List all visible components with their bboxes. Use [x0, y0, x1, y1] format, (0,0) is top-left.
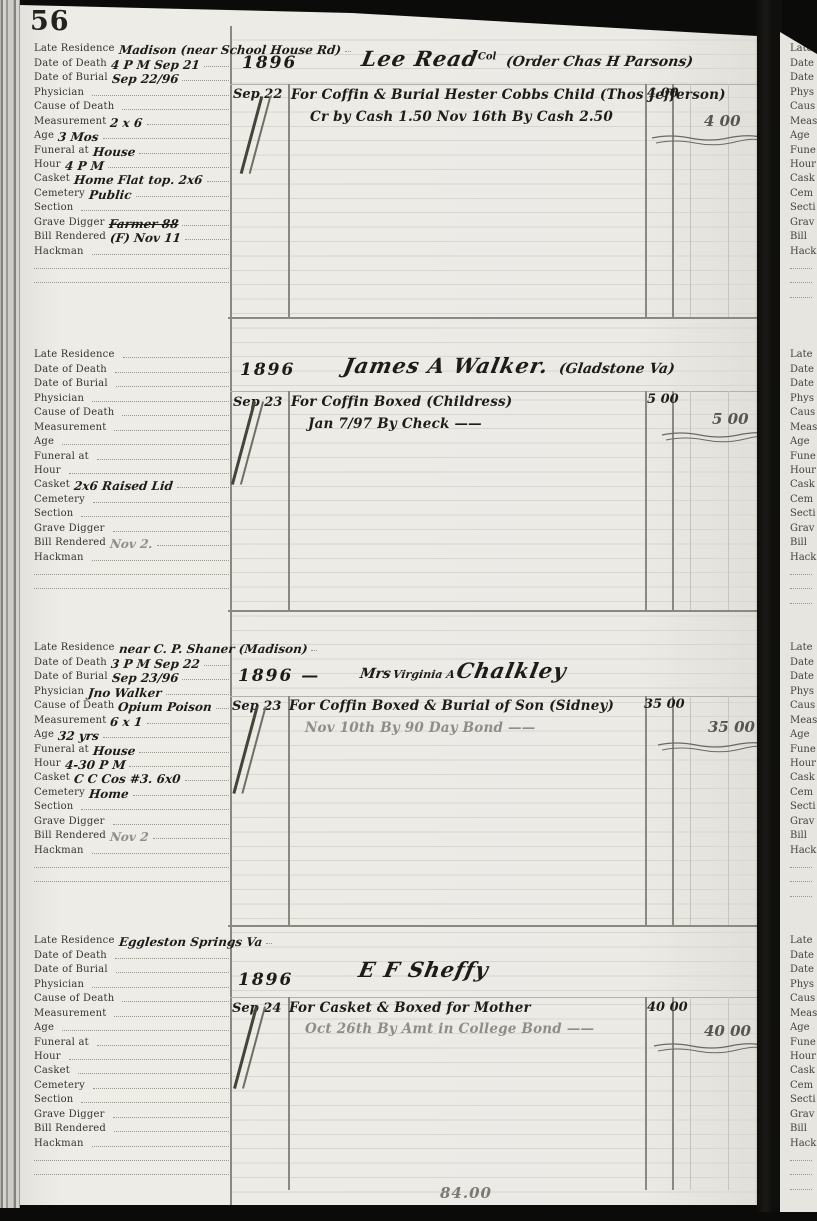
money-column-rule-faint: [690, 997, 691, 1190]
dotted-leader-line: [116, 972, 231, 973]
record-1-name-line: Lee ReadCol(Order Chas H Parsons): [358, 46, 693, 71]
money-column-rule-faint: [690, 84, 691, 317]
adjacent-page-label-truncated: Caus: [790, 101, 815, 112]
dotted-leader-line: [92, 254, 231, 255]
adjacent-page-row: Phys: [790, 682, 817, 696]
ledger-field-row: Cemetery: [34, 1076, 232, 1090]
adjacent-blank-dotted-line: [790, 856, 817, 870]
field-label: Grave Digger: [34, 1109, 105, 1120]
field-label: Date of Death: [34, 657, 107, 668]
ledger-field-row: Hour: [34, 1048, 232, 1062]
adjacent-page-row: Hour: [790, 755, 817, 769]
adjacent-page-row: Late: [790, 40, 817, 54]
ledger-field-row: Late Residence: [34, 346, 232, 360]
ledger-field-row: Funeral at: [34, 447, 232, 461]
dotted-leader-line: [34, 574, 231, 575]
field-value-handwritten: 6 x 1: [110, 717, 143, 727]
dotted-leader-line: [93, 502, 231, 503]
adjacent-page-row: Bill: [790, 1120, 817, 1134]
field-label: Physician: [34, 87, 84, 98]
field-value-handwritten: Sep 23/96: [111, 673, 179, 683]
record-3-bottom-rule: [228, 925, 757, 927]
field-label: Grave Digger: [34, 816, 105, 827]
field-label: Hour: [34, 159, 61, 170]
adjacent-page-row: Secti: [790, 199, 817, 213]
field-label: Hour: [34, 1051, 61, 1062]
adjacent-page-row: Fune: [790, 740, 817, 754]
adjacent-page-row: Hack: [790, 841, 817, 855]
date-column-rule: [288, 997, 290, 1190]
field-value-handwritten: Madison (near School House Rd): [118, 45, 341, 55]
adjacent-page-label-truncated: Cask: [790, 479, 815, 490]
record-2-bottom-rule: [228, 610, 757, 612]
dotted-leader-line: [182, 679, 231, 680]
adjacent-blank-dotted-line: [790, 577, 817, 591]
adjacent-page-row: Cem: [790, 490, 817, 504]
adjacent-page-label-truncated: Hour: [790, 758, 816, 769]
adjacent-page-label-truncated: Grav: [790, 816, 814, 827]
adjacent-page-label-truncated: Phys: [790, 686, 814, 697]
field-label: Age: [34, 1022, 54, 1033]
adjacent-page-label-truncated: Date: [790, 657, 814, 668]
field-value-handwritten: 4 P M: [64, 161, 104, 171]
dotted-leader-line: [92, 401, 231, 402]
field-label: Measurement: [34, 116, 106, 127]
ledger-field-row: Section: [34, 1091, 232, 1105]
field-value-handwritten: Home Flat top. 2x6: [73, 175, 203, 185]
adjacent-page-row: Phys: [790, 389, 817, 403]
book-page-edges: [0, 0, 20, 1208]
field-label: Physician: [34, 686, 84, 697]
field-label: Casket: [34, 772, 70, 783]
dotted-leader-line: [113, 824, 231, 825]
field-label: Late Residence: [34, 43, 115, 54]
entry-amount: 4 00: [647, 86, 679, 101]
field-label: Hackman: [34, 552, 84, 563]
field-value-handwritten: 4 P M Sep 21: [110, 60, 200, 70]
field-value-handwritten: House: [92, 147, 136, 157]
blank-dotted-line: [34, 1149, 232, 1163]
adjacent-page-label-truncated: Meas: [790, 1008, 817, 1019]
dotted-leader-line: [34, 1174, 231, 1175]
record-4-fields: Late Residence Eggleston Springs Va Date…: [34, 932, 232, 1177]
adjacent-page-label-truncated: Cem: [790, 188, 813, 199]
adjacent-page-row: Secti: [790, 1091, 817, 1105]
ledger-field-row: Hackman: [34, 1134, 232, 1148]
field-value-handwritten: 3 P M Sep 22: [110, 659, 200, 669]
dotted-leader-line: [153, 838, 231, 839]
dotted-leader-line: [182, 225, 231, 226]
adjacent-page-row: Hack: [790, 1134, 817, 1148]
ledger-field-row: Date of Burial Sep 23/96: [34, 668, 232, 682]
total-amount: 40 00: [704, 1022, 751, 1040]
field-label: Casket: [34, 173, 70, 184]
dotted-leader-line: [204, 66, 231, 67]
field-value-handwritten: Public: [88, 190, 132, 200]
name-underline: [230, 997, 757, 998]
adjacent-page-label-truncated: Hack: [790, 845, 816, 856]
dotted-leader-line: [185, 780, 231, 781]
dotted-leader-line: [92, 987, 231, 988]
adjacent-page-row: Fune: [790, 447, 817, 461]
entry-amount: 5 00: [647, 392, 679, 407]
field-value-handwritten: Jno Walker: [88, 688, 163, 698]
dotted-leader-line: [157, 545, 231, 546]
entry-description: For Coffin Boxed (Childress): [291, 394, 512, 410]
dotted-leader-line: [62, 444, 231, 445]
dotted-leader-line: [182, 80, 231, 81]
field-value-handwritten: 3 Mos: [58, 132, 100, 142]
ledger-field-row: Date of Burial Sep 22/96: [34, 69, 232, 83]
field-value-handwritten: Opium Poison: [118, 702, 213, 712]
adjacent-page-row: Grav: [790, 519, 817, 533]
blank-dotted-line: [34, 271, 232, 285]
field-label: Cemetery: [34, 1080, 85, 1091]
dotted-leader-line: [115, 958, 231, 959]
field-label: Grave Digger: [34, 523, 105, 534]
adjacent-page-label-truncated: Secti: [790, 508, 816, 519]
field-label: Date of Death: [34, 950, 107, 961]
dotted-leader-line: [122, 109, 231, 110]
adjacent-page-row: Age: [790, 1019, 817, 1033]
dotted-leader-line: [116, 386, 231, 387]
adjacent-page-label-truncated: Fune: [790, 744, 816, 755]
field-label: Date of Burial: [34, 72, 108, 83]
ledger-field-row: Cause of Death: [34, 98, 232, 112]
adjacent-page-label-truncated: Cem: [790, 494, 813, 505]
dotted-leader-line: [166, 694, 231, 695]
field-label: Cause of Death: [34, 993, 114, 1004]
adjacent-page-row: Cem: [790, 783, 817, 797]
ledger-field-row: Date of Burial: [34, 961, 232, 975]
adjacent-page-row: Grav: [790, 812, 817, 826]
dotted-leader-line: [81, 210, 231, 211]
field-value-handwritten: 4-30 P M: [64, 760, 126, 770]
dotted-leader-line: [92, 560, 231, 561]
field-label: Cause of Death: [34, 407, 114, 418]
adjacent-page-label-truncated: Date: [790, 58, 814, 69]
adjacent-page-row: Meas: [790, 711, 817, 725]
adjacent-page-row: Date: [790, 946, 817, 960]
record-3-fields: Late Residence near C. P. Shaner (Madiso…: [34, 639, 232, 884]
adjacent-page-label-truncated: Hack: [790, 552, 816, 563]
deceased-name: Lee Read: [360, 46, 481, 71]
entry-description: For Coffin Boxed & Burial of Son (Sidney…: [289, 698, 614, 714]
field-label: Bill Rendered: [34, 830, 106, 841]
dotted-leader-line: [108, 167, 231, 168]
dotted-leader-line: [34, 1160, 231, 1161]
ledger-field-row: Grave Digger Farmer 88: [34, 213, 232, 227]
dotted-leader-line: [92, 853, 231, 854]
adjacent-page-label-truncated: Secti: [790, 202, 816, 213]
adjacent-blank-dotted-line: [790, 591, 817, 605]
field-label: Bill Rendered: [34, 231, 106, 242]
field-label: Cause of Death: [34, 101, 114, 112]
adjacent-page-label-truncated: Age: [790, 729, 810, 740]
adjacent-page-label-truncated: Hour: [790, 1051, 816, 1062]
adjacent-page-row: Date: [790, 54, 817, 68]
adjacent-page-row: Secti: [790, 798, 817, 812]
field-value-handwritten: Home: [88, 789, 129, 799]
adjacent-page-label-truncated: Phys: [790, 87, 814, 98]
ledger-field-row: Grave Digger: [34, 519, 232, 533]
money-column-rule: [645, 84, 647, 317]
field-label: Physician: [34, 979, 84, 990]
double-squiggle-underline: [656, 740, 768, 754]
adjacent-blank-dotted-line: [790, 1177, 817, 1191]
adjacent-page-label-truncated: Grav: [790, 1109, 814, 1120]
field-label: Measurement: [34, 422, 106, 433]
dotted-leader-line: [78, 1073, 231, 1074]
field-label: Measurement: [34, 1008, 106, 1019]
entry-description: For Casket & Boxed for Mother: [289, 1000, 531, 1016]
field-value-handwritten: House: [92, 746, 136, 756]
adjacent-page-label-truncated: Cask: [790, 772, 815, 783]
credit-line: Nov 10th By 90 Day Bond ——: [305, 720, 535, 736]
field-label: Section: [34, 1094, 73, 1105]
adjacent-page-row: Cask: [790, 769, 817, 783]
adjacent-labels-block-2: Late Date Date Phys Caus Meas Age Fune H…: [790, 346, 817, 606]
ledger-right-page-sliver: Late Date Date Phys Caus Meas Age Fune H…: [780, 0, 817, 1212]
dotted-leader-line: [69, 473, 231, 474]
adjacent-page-row: Age: [790, 726, 817, 740]
adjacent-page-label-truncated: Late: [790, 935, 813, 946]
adjacent-page-label-truncated: Meas: [790, 422, 817, 433]
adjacent-page-row: Cask: [790, 476, 817, 490]
adjacent-page-row: Late: [790, 346, 817, 360]
double-squiggle-underline: [652, 1041, 764, 1055]
total-amount: 35 00: [708, 718, 755, 736]
money-column-rule: [672, 391, 674, 610]
field-label: Measurement: [34, 715, 106, 726]
name-prefix: Mrs: [359, 666, 392, 682]
blank-dotted-line: [34, 856, 232, 870]
money-column-rule-faint: [690, 696, 691, 925]
adjacent-labels-block-1: Late Date Date Phys Caus Meas Age Fune H…: [790, 40, 817, 300]
field-value-handwritten: 2 x 6: [110, 118, 143, 128]
adjacent-page-row: Date: [790, 375, 817, 389]
blank-dotted-line: [34, 870, 232, 884]
ledger-field-row: Bill Rendered Nov 2: [34, 827, 232, 841]
adjacent-page-label-truncated: Date: [790, 378, 814, 389]
adjacent-labels-block-3: Late Date Date Phys Caus Meas Age Fune H…: [790, 639, 817, 899]
adjacent-labels-block-4: Late Date Date Phys Caus Meas Age Fune H…: [790, 932, 817, 1192]
dotted-leader-line: [113, 531, 231, 532]
field-value-handwritten: (F) Nov 11: [110, 233, 182, 243]
dotted-leader-line: [114, 430, 231, 431]
dotted-leader-line: [34, 268, 231, 269]
field-label: Funeral at: [34, 451, 89, 462]
adjacent-page-row: Caus: [790, 98, 817, 112]
ledger-field-row: Grave Digger: [34, 812, 232, 826]
adjacent-page-label-truncated: Meas: [790, 715, 817, 726]
field-label: Cause of Death: [34, 700, 114, 711]
ledger-field-row: Physician: [34, 389, 232, 403]
dotted-leader-line: [139, 752, 231, 753]
adjacent-page-label-truncated: Grav: [790, 523, 814, 534]
field-label: Age: [34, 436, 54, 447]
tally-slash-marks: [242, 400, 264, 486]
dotted-leader-line: [123, 357, 231, 358]
dotted-leader-line: [93, 1088, 231, 1089]
total-amount: 4 00: [704, 112, 741, 130]
adjacent-page-row: Cask: [790, 170, 817, 184]
adjacent-page-row: Age: [790, 433, 817, 447]
money-column-rule-faint: [690, 391, 691, 610]
dotted-leader-line: [103, 737, 231, 738]
adjacent-page-row: Hour: [790, 462, 817, 476]
dotted-leader-line: [345, 51, 351, 52]
adjacent-blank-dotted-line: [790, 1149, 817, 1163]
adjacent-page-label-truncated: Grav: [790, 217, 814, 228]
ledger-field-row: Late Residence Eggleston Springs Va: [34, 932, 232, 946]
adjacent-page-row: Phys: [790, 975, 817, 989]
adjacent-page-label-truncated: Cem: [790, 1080, 813, 1091]
ledger-left-page: 56 Late Residence Madison (near School H…: [20, 0, 757, 1205]
dotted-leader-line: [81, 1102, 231, 1103]
date-column-rule: [288, 696, 290, 925]
field-value-handwritten: C C Cos #3. 6x0: [73, 774, 181, 784]
field-label: Date of Burial: [34, 671, 108, 682]
ledger-field-row: Bill Rendered Nov 2.: [34, 534, 232, 548]
field-value-handwritten: Farmer 88: [108, 219, 179, 229]
name-note: (Gladstone Va): [557, 361, 675, 377]
adjacent-page-row: Late: [790, 932, 817, 946]
dotted-leader-line: [62, 1030, 231, 1031]
dotted-leader-line: [139, 153, 231, 154]
ledger-field-row: Age: [34, 1019, 232, 1033]
adjacent-page-row: Grav: [790, 1105, 817, 1119]
name-note: (Order Chas H Parsons): [505, 54, 694, 70]
adjacent-blank-dotted-line: [790, 271, 817, 285]
credit-line: Cr by Cash 1.50 Nov 16th By Cash 2.50: [310, 109, 613, 125]
page-number: 56: [30, 6, 70, 37]
dotted-leader-line: [34, 867, 231, 868]
record-2-year: 1896: [240, 360, 295, 380]
field-label: Bill Rendered: [34, 537, 106, 548]
money-column-rule: [645, 696, 647, 925]
record-1-fields: Late Residence Madison (near School Hous…: [34, 40, 232, 285]
money-column-rule: [645, 997, 647, 1190]
field-label: Cemetery: [34, 494, 85, 505]
field-label: Cemetery: [34, 188, 85, 199]
adjacent-page-row: Bill: [790, 827, 817, 841]
ledger-field-row: Late Residence Madison (near School Hous…: [34, 40, 232, 54]
field-value-handwritten: Nov 2.: [110, 539, 154, 549]
adjacent-page-row: Cask: [790, 1062, 817, 1076]
field-label: Late Residence: [34, 642, 115, 653]
field-value-handwritten: 2x6 Raised Lid: [73, 481, 173, 491]
deceased-name: James A Walker.: [342, 353, 551, 378]
adjacent-page-row: Grav: [790, 213, 817, 227]
credit-line: Oct 26th By Amt in College Bond ——: [305, 1021, 594, 1037]
field-label: Date of Death: [34, 58, 107, 69]
field-label: Bill Rendered: [34, 1123, 106, 1134]
adjacent-page-label-truncated: Date: [790, 671, 814, 682]
field-label: Late Residence: [34, 935, 115, 946]
ledger-field-row: Section: [34, 798, 232, 812]
blank-dotted-line: [34, 563, 232, 577]
adjacent-page-label-truncated: Bill: [790, 1123, 807, 1134]
ledger-field-row: Date of Burial: [34, 375, 232, 389]
adjacent-blank-dotted-line: [790, 563, 817, 577]
field-label: Date of Burial: [34, 964, 108, 975]
ledger-field-row: Section: [34, 199, 232, 213]
adjacent-page-row: Date: [790, 69, 817, 83]
money-column-rule: [672, 696, 674, 925]
adjacent-page-row: Phys: [790, 83, 817, 97]
dotted-leader-line: [136, 196, 232, 197]
dotted-leader-line: [81, 809, 231, 810]
dotted-leader-line: [113, 1117, 231, 1118]
field-label: Funeral at: [34, 744, 89, 755]
adjacent-page-label-truncated: Late: [790, 349, 813, 360]
dotted-leader-line: [122, 415, 231, 416]
record-1-year: 1896: [242, 53, 297, 73]
dotted-leader-line: [103, 138, 231, 139]
field-value-handwritten: 32 yrs: [58, 731, 100, 741]
adjacent-page-label-truncated: Cem: [790, 787, 813, 798]
ledger-field-row: Bill Rendered: [34, 1120, 232, 1134]
field-label: Hour: [34, 465, 61, 476]
field-label: Physician: [34, 393, 84, 404]
adjacent-page-row: Caus: [790, 990, 817, 1004]
total-amount: 5 00: [712, 410, 749, 428]
adjacent-page-row: Secti: [790, 505, 817, 519]
field-label: Section: [34, 202, 73, 213]
adjacent-page-label-truncated: Fune: [790, 1037, 816, 1048]
adjacent-page-label-truncated: Phys: [790, 979, 814, 990]
adjacent-blank-dotted-line: [790, 1163, 817, 1177]
field-label: Age: [34, 130, 54, 141]
adjacent-page-label-truncated: Date: [790, 72, 814, 83]
ledger-field-row: Grave Digger: [34, 1105, 232, 1119]
ledger-field-row: Cause of Death: [34, 404, 232, 418]
adjacent-blank-dotted-line: [790, 257, 817, 271]
adjacent-page-label-truncated: Caus: [790, 700, 815, 711]
adjacent-page-row: Meas: [790, 418, 817, 432]
blank-dotted-line: [34, 257, 232, 271]
dotted-leader-line: [177, 487, 231, 488]
book-gutter-shadow: [755, 0, 782, 1212]
adjacent-page-label-truncated: Fune: [790, 451, 816, 462]
dotted-leader-line: [92, 95, 231, 96]
field-label: Cemetery: [34, 787, 85, 798]
adjacent-page-label-truncated: Hour: [790, 465, 816, 476]
dotted-leader-line: [266, 943, 272, 944]
dotted-leader-line: [311, 650, 317, 651]
dotted-leader-line: [133, 795, 231, 796]
adjacent-page-label-truncated: Secti: [790, 1094, 816, 1105]
dotted-leader-line: [207, 181, 231, 182]
ledger-field-row: Casket 2x6 Raised Lid: [34, 476, 232, 490]
name-small: Virginia A: [392, 668, 456, 681]
money-column-rule: [672, 84, 674, 317]
adjacent-page-row: Fune: [790, 141, 817, 155]
adjacent-page-label-truncated: Bill: [790, 231, 807, 242]
field-label: Date of Death: [34, 364, 107, 375]
adjacent-page-label-truncated: Caus: [790, 993, 815, 1004]
adjacent-page-label-truncated: Date: [790, 964, 814, 975]
field-label: Funeral at: [34, 145, 89, 156]
ledger-field-row: Late Residence near C. P. Shaner (Madiso…: [34, 639, 232, 653]
record-2-fields: Late Residence Date of Death Date of Bur…: [34, 346, 232, 591]
adjacent-page-label-truncated: Secti: [790, 801, 816, 812]
adjacent-page-label-truncated: Date: [790, 950, 814, 961]
adjacent-page-row: Hack: [790, 242, 817, 256]
adjacent-page-row: Meas: [790, 1004, 817, 1018]
record-2-name-line: James A Walker.(Gladstone Va): [340, 353, 674, 378]
